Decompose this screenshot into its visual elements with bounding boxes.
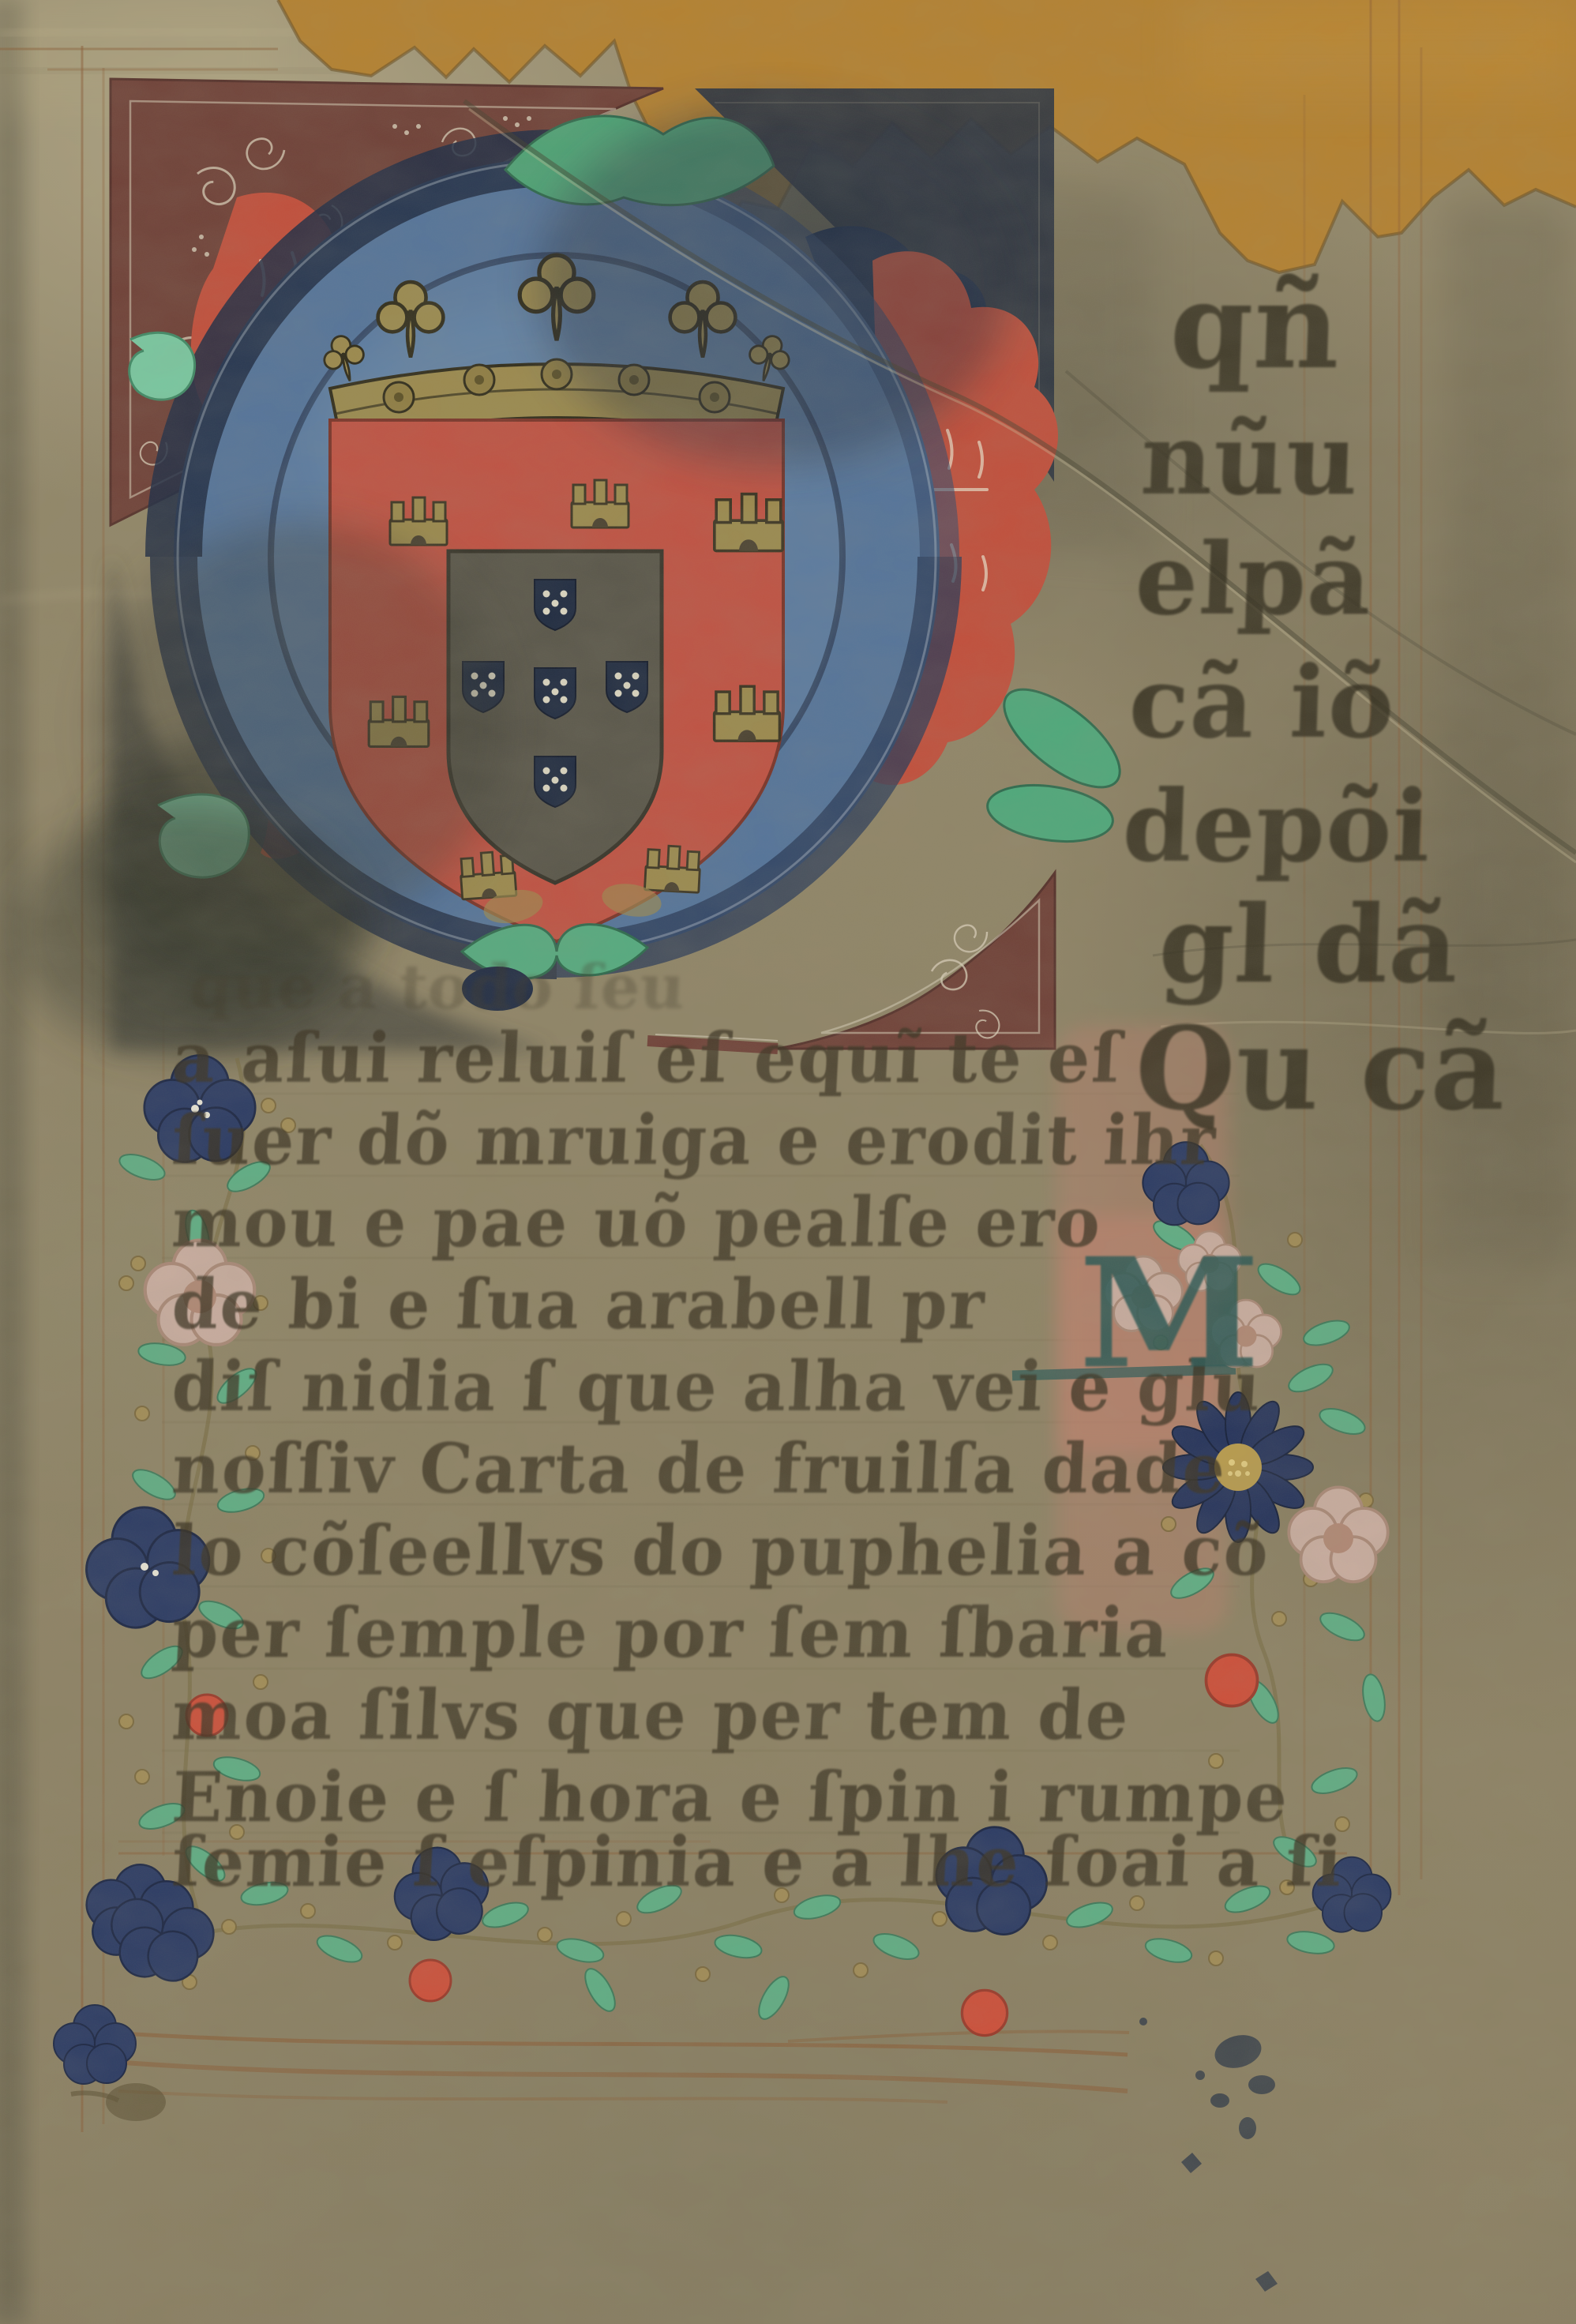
text-line: ſemie ſ eſpinia e a lhe ſoai a ſi [171,1827,1345,1896]
secondary-initial-M: M [1079,1238,1244,1389]
display-script-fragment: nũu [1139,411,1360,509]
text-line: mou e pae uõ pealſe ero [171,1188,1104,1256]
text-line: moa ſilvs que per tem de [171,1680,1131,1749]
ghost-text-line: que a todo ſeu [188,952,687,1023]
text-line: noſſiv Carta de fruilſa dade [171,1434,1229,1503]
display-script-fragment: gl dã [1158,891,1461,997]
text-line: de bi e ſua arabell pr [171,1270,988,1338]
text-line: lo cõſeellvs do puphelia a cõ [171,1516,1272,1585]
text-layer: que a todo ſeu qñ nũu elpã cã iõ depõi g… [0,0,1576,2324]
text-line: ſuer dõ mruiga e erodit ihr [171,1106,1219,1174]
display-script-fragment: cã iõ [1128,654,1397,753]
text-line: a aſui reluiſ eſ equĩ te eſ [171,1023,1124,1092]
manuscript-page: que a todo ſeu qñ nũu elpã cã iõ depõi g… [0,0,1576,2324]
display-script-fragment: depõi [1121,778,1433,877]
display-script-fragment: elpã [1134,531,1374,629]
display-script-fragment: qñ [1168,267,1342,385]
text-line: per ſemple por ſem ſbaria [171,1598,1172,1667]
